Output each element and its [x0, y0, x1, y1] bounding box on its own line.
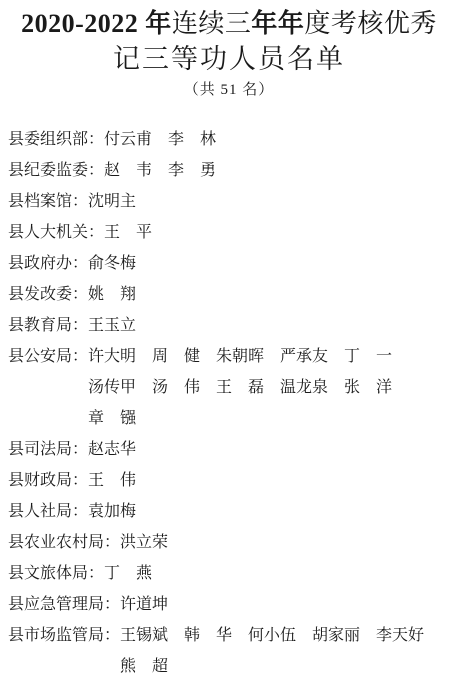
- names-group: 许道坤: [120, 589, 168, 620]
- names-line: 王 伟: [88, 465, 136, 496]
- department-label: 县教育局：: [8, 310, 88, 341]
- roster-entry-org-dept: 县委组织部： 付云甫 李 林: [8, 124, 454, 155]
- roster-entry-rensheju: 县人社局： 袁加梅: [8, 496, 454, 527]
- department-label: 县市场监管局：: [8, 620, 120, 651]
- department-label: 县农业农村局：: [8, 527, 120, 558]
- names-line: 赵志华: [88, 434, 136, 465]
- title-segment-niannian: 年年: [251, 9, 304, 38]
- names-line: 许道坤: [120, 589, 168, 620]
- names-group: 俞冬梅: [88, 248, 136, 279]
- names-line: 付云甫 李 林: [104, 124, 216, 155]
- names-group: 王 伟: [88, 465, 136, 496]
- roster-list: 县委组织部： 付云甫 李 林 县纪委监委： 赵 韦 李 勇 县档案馆： 沈明主 …: [8, 124, 454, 679]
- title-segment-kaohe: 度考核优秀: [304, 9, 437, 38]
- names-line: 俞冬梅: [88, 248, 136, 279]
- names-group: 姚 翔: [88, 279, 136, 310]
- department-label: 县应急管理局：: [8, 589, 120, 620]
- document-page: 2020-2022 年连续三年年度考核优秀 记三等功人员名单 （共 51 名） …: [0, 0, 458, 679]
- names-line: 王玉立: [88, 310, 136, 341]
- roster-entry-fagaiwei: 县发改委： 姚 翔: [8, 279, 454, 310]
- names-line: 王锡斌 韩 华 何小伍 胡家丽 李天好: [120, 620, 424, 651]
- names-group: 袁加梅: [88, 496, 136, 527]
- names-line: 熊 超: [120, 651, 424, 679]
- roster-entry-sifaju: 县司法局： 赵志华: [8, 434, 454, 465]
- document-title-line1: 2020-2022 年连续三年年度考核优秀: [0, 6, 458, 42]
- names-line: 沈明主: [88, 186, 136, 217]
- names-group: 王 平: [104, 217, 152, 248]
- title-segment-lianxusan: 连续三: [172, 9, 252, 38]
- department-label: 县政府办：: [8, 248, 88, 279]
- count-note: （共 51 名）: [0, 78, 458, 102]
- names-group: 王玉立: [88, 310, 136, 341]
- department-label: 县文旅体局：: [8, 558, 104, 589]
- roster-entry-yingjiju: 县应急管理局： 许道坤: [8, 589, 454, 620]
- roster-entry-jiaoyuju: 县教育局： 王玉立: [8, 310, 454, 341]
- names-line: 许大明 周 健 朱朝晖 严承友 丁 一: [88, 341, 392, 372]
- roster-entry-jiwei: 县纪委监委： 赵 韦 李 勇: [8, 155, 454, 186]
- names-line: 袁加梅: [88, 496, 136, 527]
- department-label: 县档案馆：: [8, 186, 88, 217]
- names-line: 章 镪: [88, 403, 392, 434]
- department-label: 县纪委监委：: [8, 155, 104, 186]
- names-line: 汤传甲 汤 伟 王 磊 温龙泉 张 洋: [88, 372, 392, 403]
- names-group: 许大明 周 健 朱朝晖 严承友 丁 一 汤传甲 汤 伟 王 磊 温龙泉 张 洋 …: [88, 341, 392, 434]
- names-group: 沈明主: [88, 186, 136, 217]
- names-line: 丁 燕: [104, 558, 152, 589]
- department-label: 县公安局：: [8, 341, 88, 372]
- department-label: 县委组织部：: [8, 124, 104, 155]
- names-group: 赵 韦 李 勇: [104, 155, 216, 186]
- names-line: 姚 翔: [88, 279, 136, 310]
- names-line: 洪立荣: [120, 527, 168, 558]
- title-segment-years: 2020-2022 年: [21, 9, 172, 38]
- names-line: 赵 韦 李 勇: [104, 155, 216, 186]
- roster-entry-nongyeju: 县农业农村局： 洪立荣: [8, 527, 454, 558]
- roster-entry-danganguan: 县档案馆： 沈明主: [8, 186, 454, 217]
- names-group: 丁 燕: [104, 558, 152, 589]
- roster-entry-shichangju: 县市场监管局： 王锡斌 韩 华 何小伍 胡家丽 李天好 熊 超: [8, 620, 454, 679]
- document-title-line2: 记三等功人员名单: [0, 42, 458, 76]
- department-label: 县司法局：: [8, 434, 88, 465]
- department-label: 县人社局：: [8, 496, 88, 527]
- names-group: 付云甫 李 林: [104, 124, 216, 155]
- title-block: 2020-2022 年连续三年年度考核优秀 记三等功人员名单 （共 51 名）: [0, 0, 458, 102]
- department-label: 县财政局：: [8, 465, 88, 496]
- roster-entry-gonganju: 县公安局： 许大明 周 健 朱朝晖 严承友 丁 一 汤传甲 汤 伟 王 磊 温龙…: [8, 341, 454, 434]
- names-line: 王 平: [104, 217, 152, 248]
- names-group: 赵志华: [88, 434, 136, 465]
- roster-entry-renda: 县人大机关： 王 平: [8, 217, 454, 248]
- names-group: 洪立荣: [120, 527, 168, 558]
- department-label: 县发改委：: [8, 279, 88, 310]
- roster-entry-caizhengju: 县财政局： 王 伟: [8, 465, 454, 496]
- names-group: 王锡斌 韩 华 何小伍 胡家丽 李天好 熊 超: [120, 620, 424, 679]
- roster-entry-wenlvtiju: 县文旅体局： 丁 燕: [8, 558, 454, 589]
- roster-entry-zhengfuban: 县政府办： 俞冬梅: [8, 248, 454, 279]
- department-label: 县人大机关：: [8, 217, 104, 248]
